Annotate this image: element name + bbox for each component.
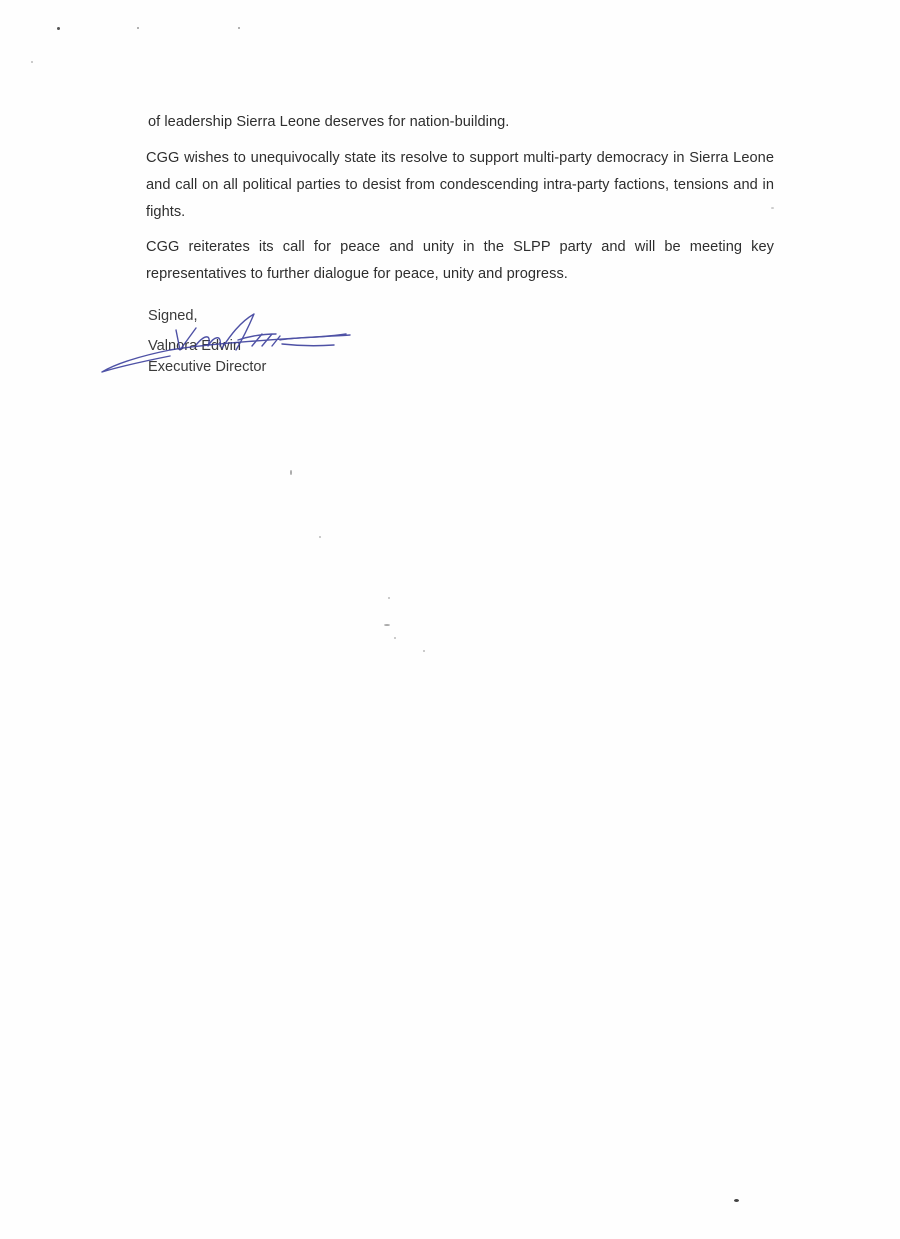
signatory-name: Valnora Edwin <box>148 336 266 357</box>
scan-speck <box>319 536 321 538</box>
scan-speck <box>57 27 60 30</box>
scan-speck <box>771 207 774 209</box>
scan-speck <box>31 61 33 63</box>
scan-speck <box>238 27 240 29</box>
signatory-title: Executive Director <box>148 357 266 378</box>
scan-speck <box>388 597 390 599</box>
scan-speck <box>734 1199 739 1202</box>
document-page: of leadership Sierra Leone deserves for … <box>0 0 900 1239</box>
signature-block: Signed, Valnora Edwin Executive Director <box>148 306 266 378</box>
scan-speck <box>394 637 396 639</box>
paragraph-continuation: of leadership Sierra Leone deserves for … <box>148 109 776 136</box>
paragraph-peace-and-unity: CGG reiterates its call for peace and un… <box>146 234 774 288</box>
signed-label: Signed, <box>148 306 266 327</box>
scan-speck <box>384 624 390 626</box>
paragraph-multi-party-democracy: CGG wishes to unequivocally state its re… <box>146 145 774 226</box>
scan-speck <box>290 470 292 475</box>
scan-speck <box>423 650 425 652</box>
scan-speck <box>137 27 139 29</box>
